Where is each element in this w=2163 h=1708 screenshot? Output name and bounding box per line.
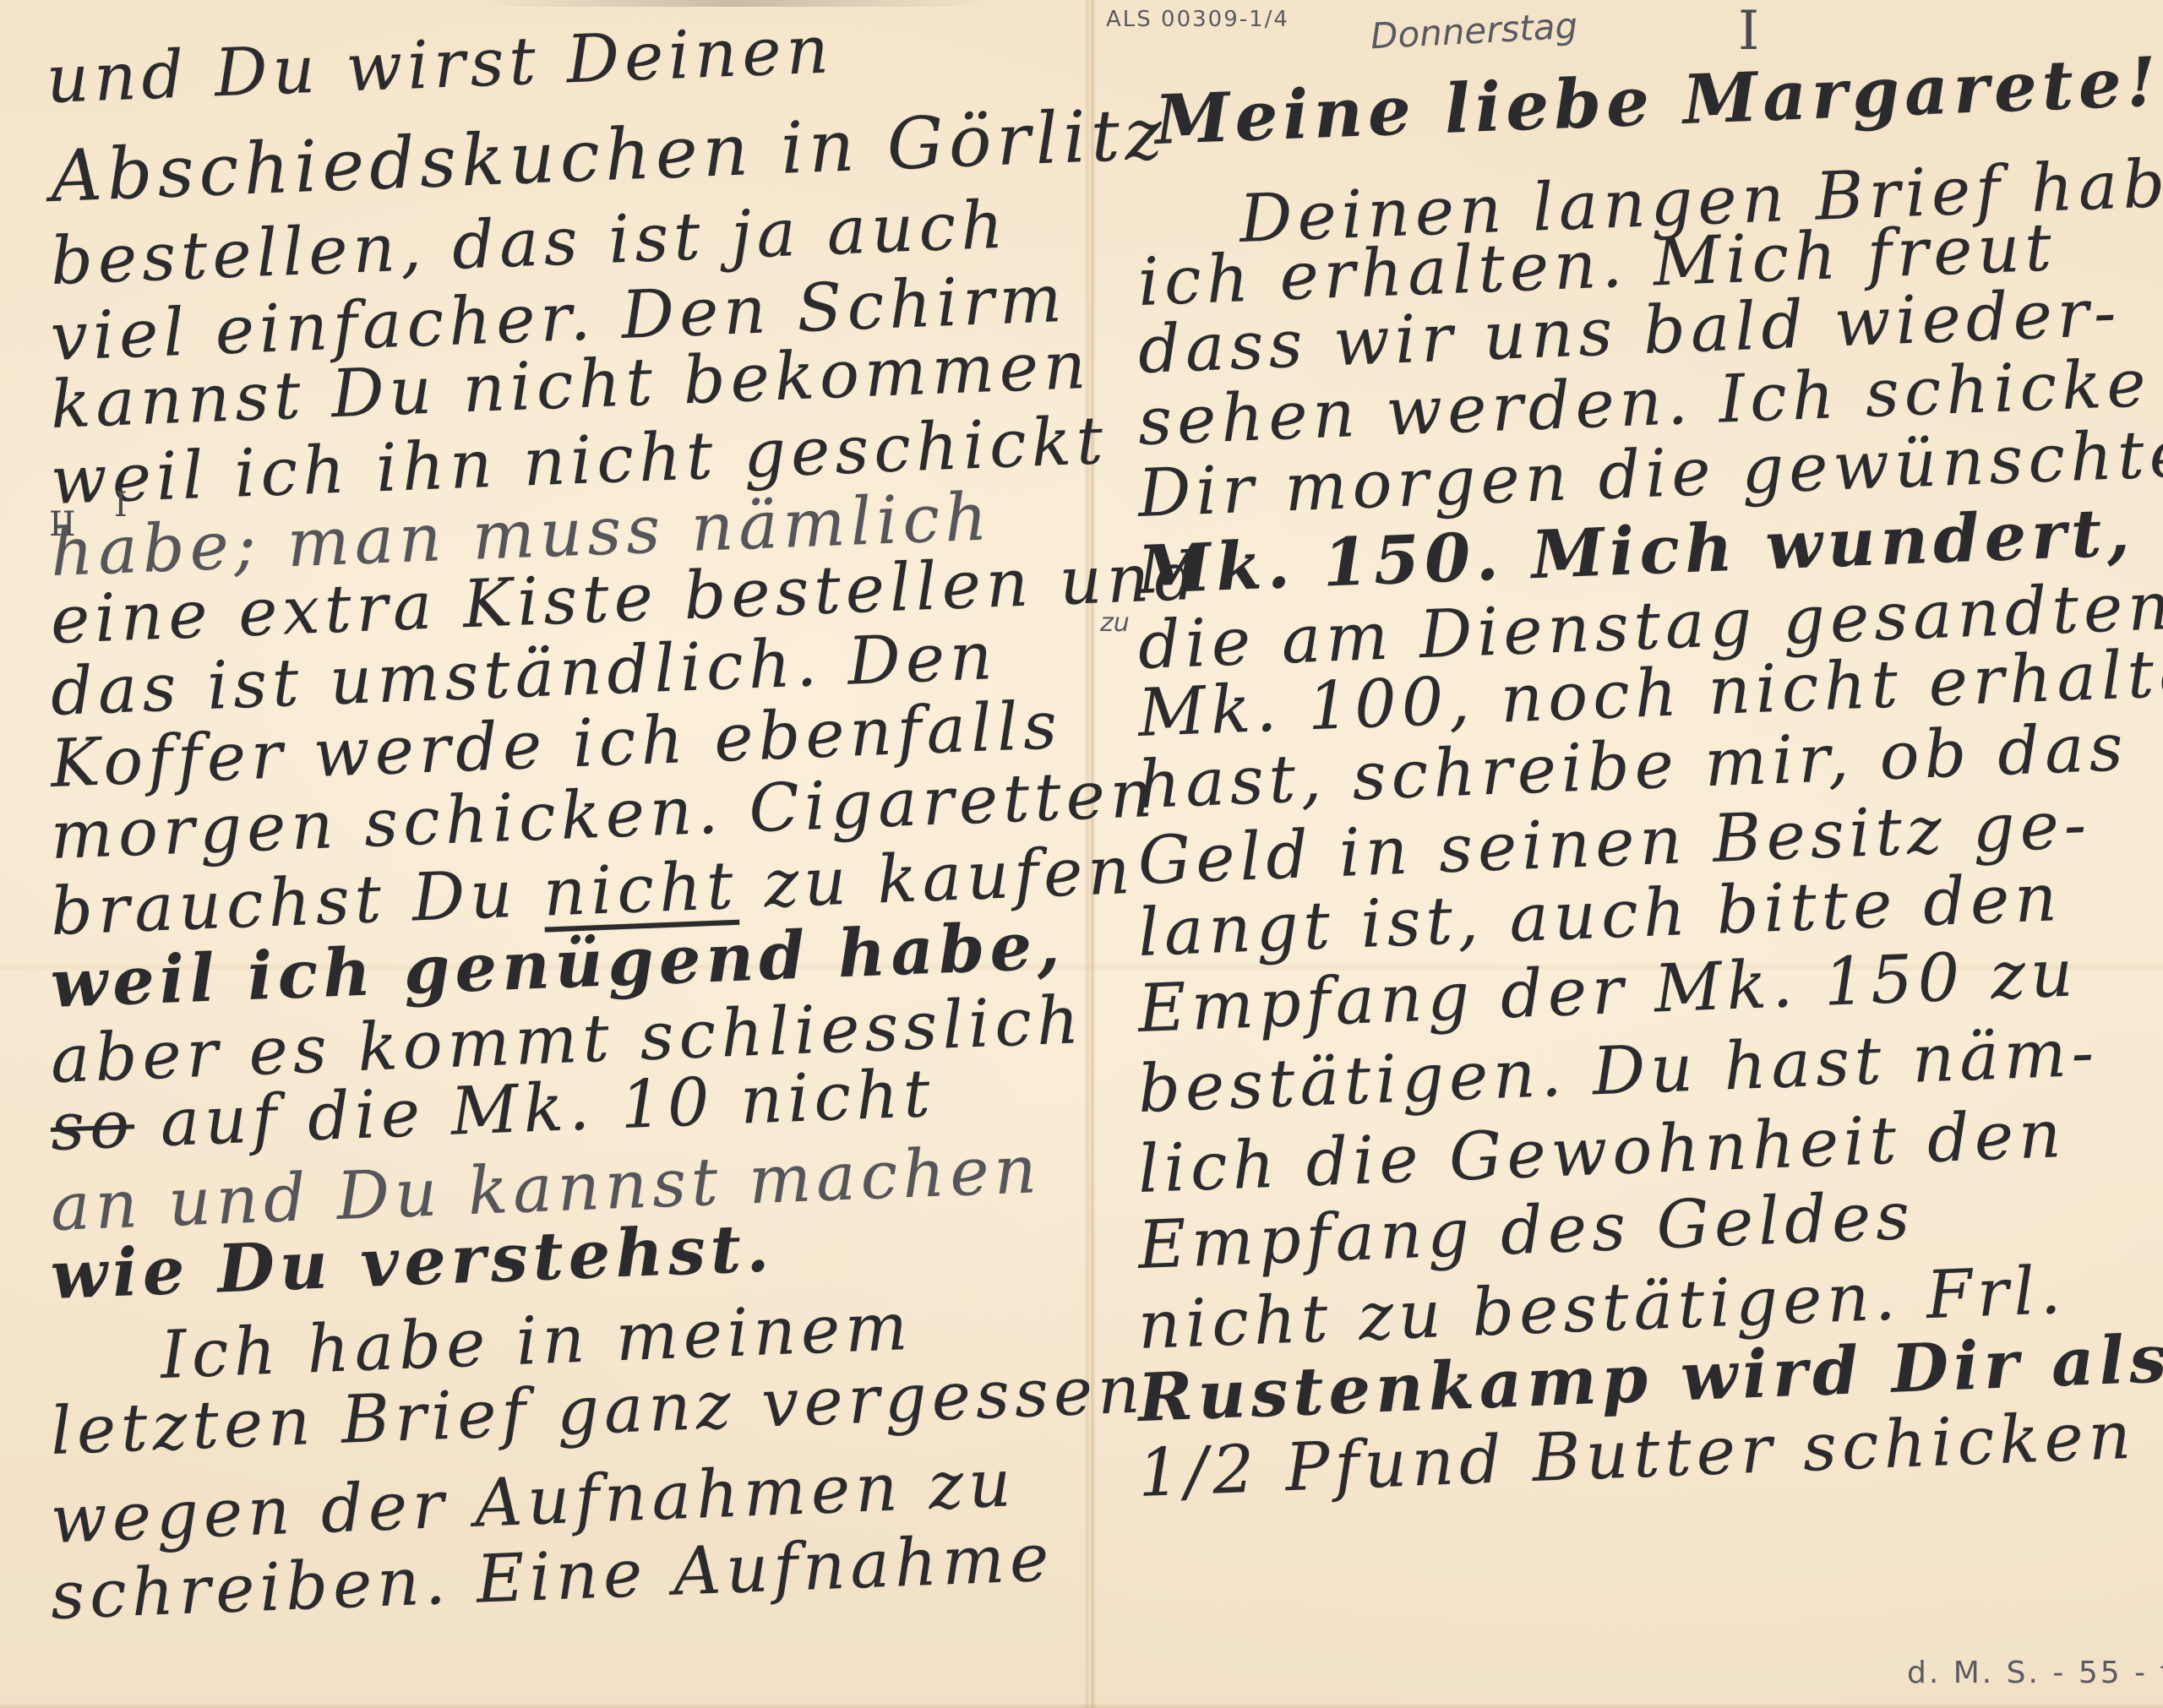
underlined-word: nicht <box>542 848 739 932</box>
weekday-heading: Donnerstag <box>1370 5 1578 57</box>
catalog-mark: d. M. S. - 55 - f. 1 <box>1907 1656 2163 1690</box>
handwritten-line: und Du wirst Deinen <box>45 12 835 118</box>
struck-word: so <box>49 1086 135 1166</box>
letter-sheet: und Du wirst Deinen Abschiedskuchen in G… <box>0 0 2163 1708</box>
line-part: zu kaufen <box>737 833 1136 924</box>
page-number: I <box>1738 0 1759 63</box>
left-page: und Du wirst Deinen Abschiedskuchen in G… <box>0 0 1084 1708</box>
margin-note: zu <box>1100 608 1130 638</box>
greeting: Meine liebe Margarete! <box>1153 41 2162 160</box>
right-page: ALS 00309-1/4 Donnerstag I Meine liebe M… <box>1096 0 2163 1708</box>
reorder-mark-two: II <box>49 505 76 544</box>
archive-id-label: ALS 00309-1/4 <box>1106 7 1289 32</box>
reorder-mark-one: I <box>114 486 128 525</box>
